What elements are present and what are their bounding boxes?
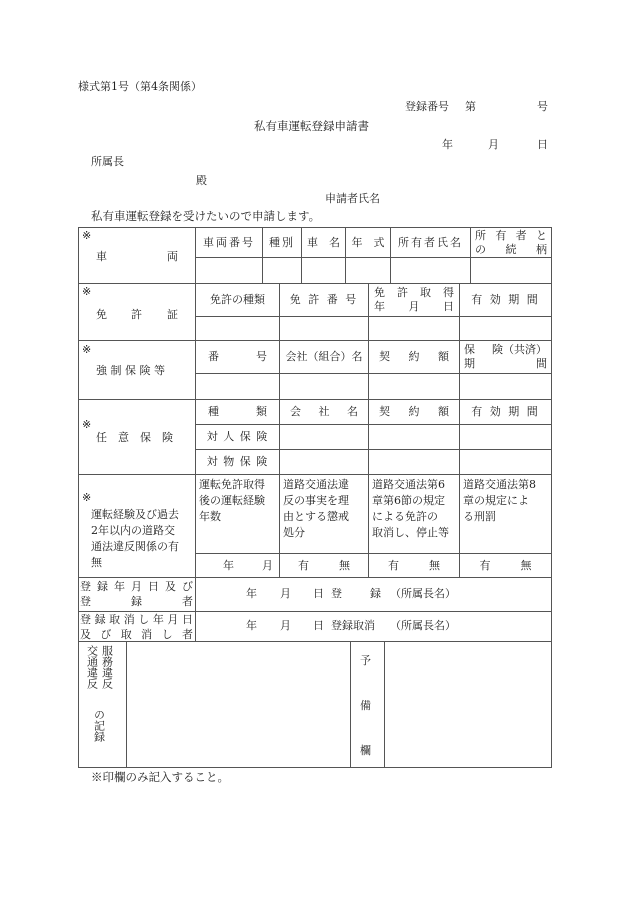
insurance-number-input[interactable]: [196, 374, 279, 399]
penalty-line2: 章の規定によ: [463, 493, 529, 509]
required-mark-vehicle: ※: [82, 230, 91, 241]
disciplinary-no[interactable]: 無: [339, 559, 350, 573]
license-label-2: 許: [131, 309, 142, 320]
v-amount-char-2: 約: [409, 405, 420, 419]
acquired-char-4: 得: [443, 286, 454, 300]
vehicle-label-right: 両: [167, 251, 178, 262]
acquired-year: 年: [374, 300, 385, 314]
registration-suffix: 号: [537, 101, 548, 112]
cancel-label-c7: 月: [167, 612, 178, 627]
row-personal-liability: 対 人 保 険: [196, 425, 279, 449]
header-driving-years: 運転免許取得 後の運転経験 年数: [196, 475, 279, 553]
header-owner-relation: 所 有 者 と の 続 柄: [471, 228, 551, 257]
company-char-2: 社: [319, 405, 330, 419]
honorific: 殿: [196, 175, 207, 186]
company-char-3: 名: [347, 405, 358, 419]
reg-label-d3: 者: [182, 594, 193, 609]
header-insurance-amount: 契 約 額: [369, 341, 459, 373]
driving-years-line2: 後の運転経験: [199, 493, 265, 509]
reg-label-c7: び: [182, 579, 193, 594]
registration-prefix: 第: [465, 101, 476, 112]
cancellation-label: 登 録 取 消 し 年 月 日 及 び 取 消 し 者: [80, 612, 193, 642]
header-license-suspension: 道路交通法第6 章第6節の規定 による免許の 取消し、停止等: [369, 475, 459, 553]
reserve-label-1: 予: [360, 655, 371, 666]
acquired-char-3: 取: [420, 286, 431, 300]
cancel-label-c1: 登: [80, 612, 91, 627]
disciplinary-line4: 処分: [283, 525, 305, 541]
license-number-input[interactable]: [280, 317, 368, 340]
form-number: 様式第1号（第4条関係）: [78, 81, 202, 92]
header-voluntary-company: 会 社 名: [280, 400, 368, 424]
cancel-month: 月: [280, 620, 291, 631]
reg-label-d2: 録: [131, 594, 142, 609]
penalty-no[interactable]: 無: [521, 559, 532, 573]
cancel-director-name: （所属長名）: [390, 620, 456, 631]
penalty-yes-no[interactable]: 有 無: [460, 554, 551, 577]
reg-day: 日: [313, 588, 324, 599]
cancellation-value[interactable]: 年 月 日 登録取消 （所属長名）: [196, 617, 551, 637]
header-vehicle-number: 車両番号: [196, 228, 262, 257]
experience-label-line3: 通法違反関係の有: [91, 539, 179, 555]
cancel-day: 日: [313, 620, 324, 631]
cancel-label-c3: 取: [109, 612, 120, 627]
document-title: 私有車運転登録申請書: [254, 121, 369, 133]
license-type-input[interactable]: [196, 317, 279, 340]
period-char-3: 期: [464, 357, 475, 371]
applicant-name-label: 申請者氏名: [325, 193, 380, 204]
header-license-number: 免 許 番 号: [280, 284, 368, 316]
reg-label-c5: 日: [148, 579, 159, 594]
reserve-label-3: 欄: [360, 745, 371, 756]
voluntary-insurance-label: 任 意 保 険: [96, 432, 173, 443]
header-vehicle-name: 車 名: [302, 228, 345, 257]
insurance-amount-input[interactable]: [369, 374, 459, 399]
reg-label-c6: 及: [165, 579, 176, 594]
period-char-1: 保: [464, 343, 475, 357]
amount-char-3: 額: [438, 350, 449, 364]
required-mark-license: ※: [82, 286, 91, 297]
reg-label-c2: 録: [97, 579, 108, 594]
reg-month: 月: [280, 588, 291, 599]
number-char-1: 番: [208, 350, 219, 364]
cancel-label-c8: 日: [182, 612, 193, 627]
cancel-year: 年: [246, 620, 257, 631]
number-char-2: 号: [256, 350, 267, 364]
owner-name-input[interactable]: [391, 258, 470, 283]
suspension-line4: 取消し、停止等: [372, 525, 449, 541]
v-amount-char-1: 契: [379, 405, 390, 419]
addressee: 所属長: [91, 156, 124, 167]
violation-label-duty: 服務違反: [101, 645, 113, 689]
header-license-validity: 有 効 期 間: [460, 284, 551, 316]
required-mark-compulsory: ※: [82, 344, 91, 355]
suspension-line1: 道路交通法第6: [372, 477, 445, 493]
header-voluntary-period: 有 効 期 間: [460, 400, 551, 424]
license-validity-input[interactable]: [460, 317, 551, 340]
required-mark-voluntary: ※: [82, 419, 91, 430]
experience-label-line2: 2年以内の道路交: [91, 523, 179, 539]
cancel-label-c5: し: [138, 612, 149, 627]
cancel-label-d6: 者: [182, 627, 193, 642]
date-day: 日: [537, 139, 548, 150]
type-char-1: 種: [208, 405, 219, 419]
months-unit: 月: [262, 559, 273, 573]
company-char-1: 会: [290, 405, 301, 419]
reg-label-c4: 月: [131, 579, 142, 594]
vehicle-type-input[interactable]: [263, 258, 301, 283]
reg-label-d1: 登: [80, 594, 91, 609]
footer-note: ※印欄のみ記入すること。: [91, 772, 229, 784]
cancel-label-d2: び: [100, 627, 111, 642]
driving-years-line3: 年数: [199, 509, 221, 525]
date-year: 年: [442, 139, 453, 150]
application-statement: 私有車運転登録を受けたいので申請します。: [91, 211, 320, 223]
vehicle-name-input[interactable]: [302, 258, 345, 283]
acquired-day: 日: [443, 300, 454, 314]
compulsory-insurance-label: 強 制 保 険 等: [96, 365, 165, 376]
header-criminal-penalty: 道路交通法第8 章の規定によ る刑罰: [460, 475, 551, 553]
v-amount-char-3: 額: [438, 405, 449, 419]
header-owner-name: 所有者氏名: [391, 228, 470, 257]
period-char-2: 険（共済）: [492, 343, 547, 357]
years-unit: 年: [223, 559, 234, 573]
amount-char-2: 約: [409, 350, 420, 364]
owner-relation-input[interactable]: [471, 258, 551, 283]
amount-char-1: 契: [379, 350, 390, 364]
penalty-line3: る刑罰: [463, 509, 496, 525]
cancel-label-d4: 消: [141, 627, 152, 642]
license-label-3: 証: [167, 309, 178, 320]
violation-record-label: 服務違反 交通違反 の記録: [80, 645, 125, 763]
driving-years-value[interactable]: 年 月: [196, 554, 279, 577]
cancel-label-d3: 取: [121, 627, 132, 642]
header-voluntary-type: 種 類: [196, 400, 279, 424]
suspension-no[interactable]: 無: [429, 559, 440, 573]
acquired-char-2: 許: [397, 286, 408, 300]
cancel-label-c6: 年: [153, 612, 164, 627]
vehicle-year-input[interactable]: [346, 258, 390, 283]
reg-word-1: 登: [331, 588, 342, 599]
header-license-acquired: 免 許 取 得 年 月 日: [369, 284, 459, 316]
disciplinary-yes[interactable]: 有: [298, 559, 309, 573]
disciplinary-line1: 道路交通法違: [283, 477, 349, 493]
reg-director-name: （所属長名）: [390, 588, 456, 599]
registration-number-label: 登録番号: [405, 101, 449, 112]
acquired-month: 月: [409, 300, 420, 314]
disciplinary-line3: 由とする懲戒: [283, 509, 349, 525]
reg-year: 年: [246, 588, 257, 599]
header-voluntary-amount: 契 約 額: [369, 400, 459, 424]
vehicle-label-left: 車: [96, 251, 107, 262]
period-char-4: 間: [536, 357, 547, 371]
cancel-word: 登録取消: [331, 620, 375, 631]
cancel-label-d5: し: [162, 627, 173, 642]
registration-label: 登 録 年 月 日 及 び 登 録 者: [80, 579, 193, 609]
violation-label-traffic: 交通違反: [86, 645, 98, 689]
vehicle-number-input[interactable]: [196, 258, 262, 283]
driving-years-line1: 運転免許取得: [199, 477, 265, 493]
penalty-line1: 道路交通法第8: [463, 477, 536, 493]
property-liability-company-input[interactable]: [280, 450, 368, 474]
header-vehicle-type: 種別: [263, 228, 301, 257]
license-label-1: 免: [96, 309, 107, 320]
insurance-company-input[interactable]: [280, 374, 368, 399]
cancel-label-c4: 消: [124, 612, 135, 627]
reserve-input[interactable]: [385, 642, 551, 767]
reserve-label-2: 備: [360, 700, 371, 711]
experience-label-line4: 無: [91, 555, 179, 571]
suspension-line2: 章第6節の規定: [372, 493, 445, 509]
type-char-2: 類: [256, 405, 267, 419]
date-month: 月: [488, 139, 499, 150]
row-property-liability: 対 物 保 険: [196, 450, 279, 474]
owner-relation-line2: の 続 柄: [471, 243, 551, 257]
violation-record-input[interactable]: [127, 642, 350, 767]
suspension-yes-no[interactable]: 有 無: [369, 554, 459, 577]
personal-liability-amount-input[interactable]: [369, 425, 459, 449]
reg-label-c3: 年: [114, 579, 125, 594]
required-mark-experience: ※: [82, 492, 91, 503]
property-liability-amount-input[interactable]: [369, 450, 459, 474]
registration-value[interactable]: 年 月 日 登 録 （所属長名）: [196, 585, 551, 605]
violation-label-record: の記録: [93, 709, 105, 742]
suspension-line3: による免許の: [372, 509, 438, 525]
header-insurance-period: 保 険（共済） 期 間: [460, 341, 551, 373]
acquired-char-1: 免: [374, 286, 385, 300]
header-insurance-number: 番 号: [196, 341, 279, 373]
property-liability-period-input[interactable]: [460, 450, 551, 474]
reg-word-2: 録: [370, 588, 381, 599]
penalty-yes[interactable]: 有: [480, 559, 491, 573]
experience-label-line1: 運転経験及び過去: [91, 507, 179, 523]
personal-liability-period-input[interactable]: [460, 425, 551, 449]
header-vehicle-year: 年 式: [346, 228, 390, 257]
suspension-yes[interactable]: 有: [388, 559, 399, 573]
disciplinary-line2: 反の事実を理: [283, 493, 349, 509]
reg-label-c1: 登: [80, 579, 91, 594]
owner-relation-line1: 所 有 者 と: [471, 229, 551, 243]
insurance-period-input[interactable]: [460, 374, 551, 399]
disciplinary-yes-no[interactable]: 有 無: [280, 554, 368, 577]
experience-label: 運転経験及び過去 2年以内の道路交 通法違反関係の有 無: [91, 507, 179, 571]
header-license-type: 免許の種類: [196, 284, 279, 316]
header-disciplinary-action: 道路交通法違 反の事実を理 由とする懲戒 処分: [280, 475, 368, 553]
license-acquired-input[interactable]: [369, 317, 459, 340]
personal-liability-company-input[interactable]: [280, 425, 368, 449]
cancel-label-c2: 録: [95, 612, 106, 627]
cancel-label-d1: 及: [80, 627, 91, 642]
header-insurance-company: 会社（組合）名: [280, 341, 368, 373]
